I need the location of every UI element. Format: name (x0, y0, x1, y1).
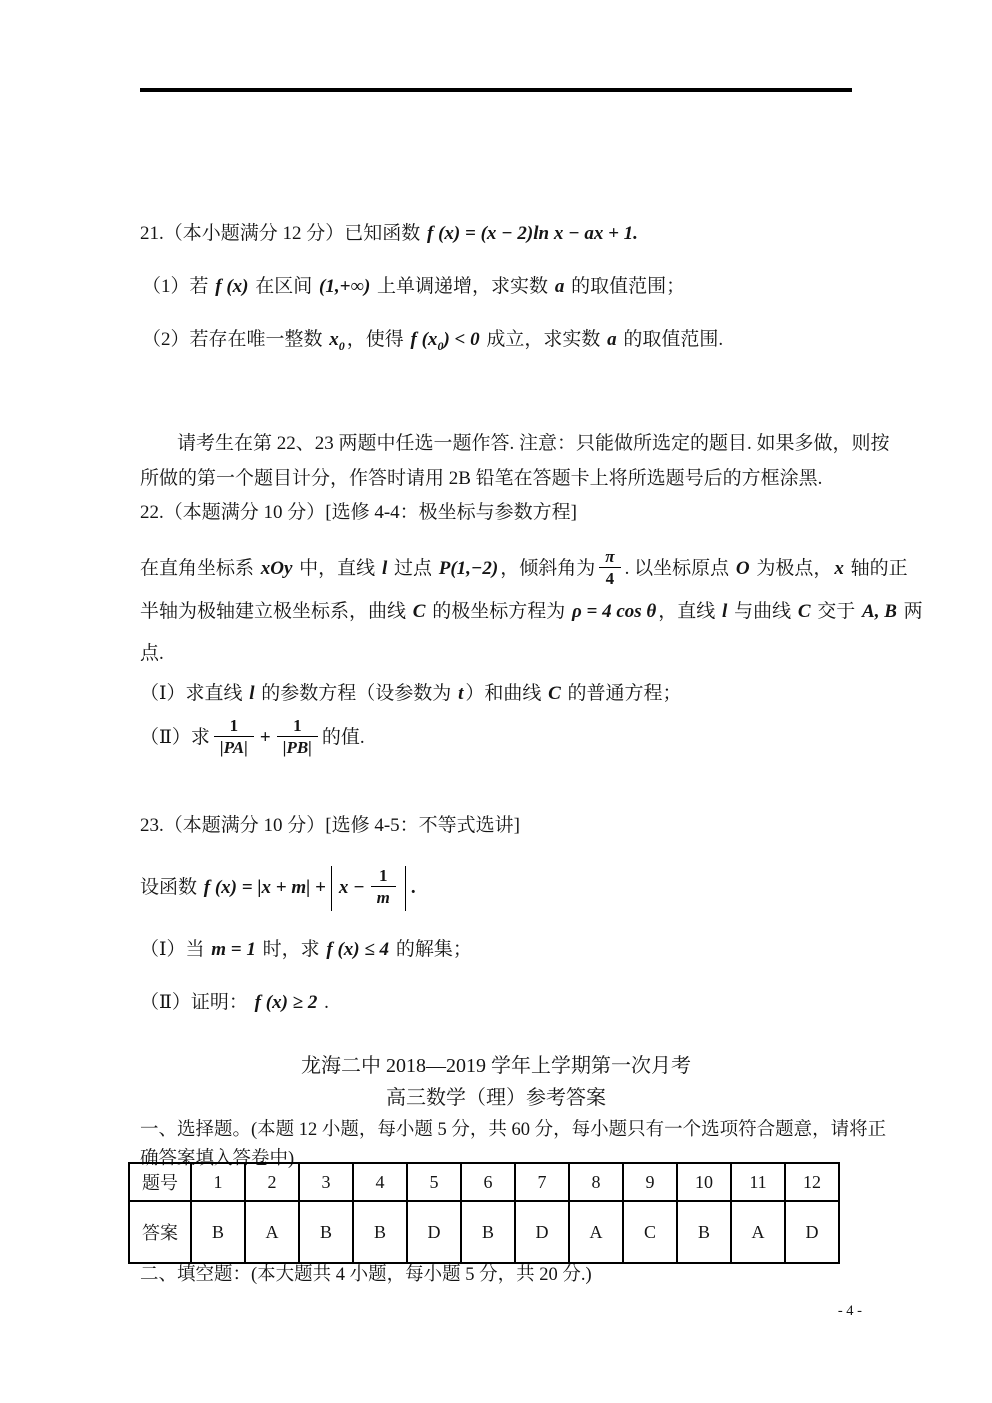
q22-part2-text2: 的值. (322, 727, 365, 748)
question-number: 10 (677, 1163, 731, 1201)
q22-intro-line1: 在直角坐标系 xOy 中，直线 l 过点 P(1,−2)，倾斜角为π4. 以坐标… (140, 549, 908, 590)
q21-part1-interval: (1,+∞) (317, 276, 372, 297)
answer-cell: A (569, 1201, 623, 1263)
exam-page: { "q21": { "head": { "label": "21.（本小题满分… (0, 0, 992, 1403)
question-number: 12 (785, 1163, 839, 1201)
q22-polar-equation: ρ = 4 cos θ (570, 601, 658, 622)
q22-part1-t: t (456, 683, 465, 704)
answer-title: 龙海二中 2018—2019 学年上学期第一次月考 (130, 1053, 862, 1079)
selection-notice-line1: 请考生在第 22、23 两题中任选一题作答. 注意：只能做所选定的题目. 如果多… (177, 431, 890, 457)
q22-part1-c: C (546, 683, 563, 704)
q23-part1-text3: 的解集； (391, 939, 472, 960)
q22-intro2-text2: 的极坐标方程为 (427, 601, 570, 622)
q22-curve-c2: C (796, 601, 813, 622)
question-21-heading: 21.（本小题满分 12 分）已知函数 f (x) = (x − 2)ln x … (140, 221, 640, 247)
question-23-heading: 23.（本题满分 10 分）[选修 4-5：不等式选讲] (140, 813, 520, 839)
table-row-numbers: 题号 1 2 3 4 5 6 7 8 9 10 11 12 (129, 1163, 839, 1201)
question-number: 3 (299, 1163, 353, 1201)
q22-x-axis: x (832, 558, 846, 579)
q21-part1-var-a: a (553, 276, 567, 297)
q21-label: 21.（本小题满分 12 分）已知函数 (140, 223, 425, 244)
q22-part1-l: l (247, 683, 256, 704)
answer-table: 题号 1 2 3 4 5 6 7 8 9 10 11 12 答案 B A B B… (128, 1162, 840, 1264)
q21-part1-text2: 在区间 (251, 276, 318, 297)
q23-abs-inner: x − (337, 877, 367, 898)
q22-line-l: l (380, 558, 389, 579)
q23-part1-m1: m = 1 (209, 939, 258, 960)
q22-intro-text7: 轴的正 (846, 558, 908, 579)
choice-section-heading-line1: 一、选择题。(本题 12 小题，每小题 5 分，共 60 分，每小题只有一个选项… (140, 1117, 886, 1143)
q22-part1: （Ⅰ）求直线 l 的参数方程（设参数为 t）和曲线 C 的普通方程； (140, 681, 682, 707)
question-number: 5 (407, 1163, 461, 1201)
q22-intro-text3: 过点 (389, 558, 437, 579)
q23-part1: （Ⅰ）当 m = 1 时，求 f (x) ≤ 4 的解集； (140, 937, 472, 963)
q22-intro2-text4: 与曲线 (729, 601, 796, 622)
q21-part2-fx0: f (x0) < 0 (409, 329, 482, 350)
q22-part1-text2: 的参数方程（设参数为 (257, 683, 457, 704)
answer-cell: A (731, 1201, 785, 1263)
q22-intro2-text6: 两 (899, 601, 923, 622)
one-over-m-fraction: 1m (371, 866, 396, 907)
q22-point-p: P(1,−2) (437, 558, 501, 579)
answer-cell: A (245, 1201, 299, 1263)
q22-line-l2: l (720, 601, 729, 622)
question-number: 1 (191, 1163, 245, 1201)
q22-intro-line3: 点. (140, 641, 164, 667)
question-number: 7 (515, 1163, 569, 1201)
fill-in-section-heading: 二、填空题：(本大题共 4 小题，每小题 5 分，共 20 分.) (140, 1262, 592, 1288)
q21-part1-text3: 上单调递增，求实数 (372, 276, 553, 297)
header-rule (140, 88, 852, 92)
page-number: - 4 - (838, 1298, 862, 1324)
q21-part2: （2）若存在唯一整数 x0，使得 f (x0) < 0 成立，求实数 a 的取值… (142, 327, 723, 359)
question-number: 9 (623, 1163, 677, 1201)
q23-period: . (409, 877, 418, 898)
q23-part1-inequality: f (x) ≤ 4 (324, 939, 391, 960)
q21-formula: f (x) = (x − 2)ln x − ax + 1. (425, 223, 640, 244)
answer-cell: D (515, 1201, 569, 1263)
q22-intro-text5: . 以坐标原点 (625, 558, 734, 579)
question-number: 4 (353, 1163, 407, 1201)
answer-cell: B (191, 1201, 245, 1263)
q21-part1-fx: f (x) (213, 276, 250, 297)
answer-cell: C (623, 1201, 677, 1263)
one-over-pa-fraction: 1|PA| (214, 716, 254, 757)
table-row-answers: 答案 B A B B D B D A C B A D (129, 1201, 839, 1263)
q21-part2-x0: x0 (327, 329, 347, 350)
q22-part1-text1: （Ⅰ）求直线 (140, 683, 247, 704)
q21-part2-var-a: a (605, 329, 619, 350)
q22-intro2-text1: 半轴为极轴建立极坐标系，曲线 (140, 601, 411, 622)
row-label: 答案 (129, 1201, 191, 1263)
q23-part2-text1: （Ⅱ）证明： (140, 992, 253, 1013)
q23-def-text1: 设函数 (140, 877, 202, 898)
q22-intro-text2: 中，直线 (294, 558, 380, 579)
answer-cell: B (353, 1201, 407, 1263)
q22-intro-text1: 在直角坐标系 (140, 558, 259, 579)
row-label: 题号 (129, 1163, 191, 1201)
answer-subtitle: 高三数学（理）参考答案 (130, 1085, 862, 1111)
question-number: 8 (569, 1163, 623, 1201)
q21-part2-text: （2）若存在唯一整数 (142, 329, 327, 350)
q21-part1: （1）若 f (x) 在区间 (1,+∞) 上单调递增，求实数 a 的取值范围； (142, 274, 685, 300)
q23-function-definition: 设函数 f (x) = |x + m| +x −1m. (140, 866, 418, 911)
q22-part2-text1: （Ⅱ）求 (140, 727, 210, 748)
q22-xoy: xOy (259, 558, 295, 579)
q21-part2-text4: 的取值范围. (619, 329, 724, 350)
q22-intro2-text5: 交于 (813, 601, 861, 622)
q22-part1-text4: 的普通方程； (563, 683, 682, 704)
q22-origin-o: O (734, 558, 752, 579)
q23-part2-inequality: f (x) ≥ 2 (253, 992, 320, 1013)
question-number: 11 (731, 1163, 785, 1201)
answer-cell: D (407, 1201, 461, 1263)
q22-intro-text6: 为极点， (752, 558, 833, 579)
plus-sign: + (258, 727, 273, 748)
one-over-pb-fraction: 1|PB| (277, 716, 318, 757)
q23-part2-text2: . (319, 992, 329, 1013)
q23-part1-text1: （Ⅰ）当 (140, 939, 209, 960)
q21-part1-text: （1）若 (142, 276, 213, 297)
answer-cell: B (461, 1201, 515, 1263)
answer-cell: D (785, 1201, 839, 1263)
q22-points-ab: A, B (860, 601, 899, 622)
q23-part1-text2: 时，求 (258, 939, 325, 960)
answer-cell: B (677, 1201, 731, 1263)
q23-formula-left: f (x) = |x + m| + (202, 877, 328, 898)
pi-over-4-fraction: π4 (599, 547, 620, 588)
selection-notice-line2: 所做的第一个题目计分，作答时请用 2B 铅笔在答题卡上将所选题号后的方框涂黑. (140, 466, 822, 492)
q21-part2-text3: 成立，求实数 (482, 329, 606, 350)
q22-intro-line2: 半轴为极轴建立极坐标系，曲线 C 的极坐标方程为 ρ = 4 cos θ，直线 … (140, 599, 923, 625)
q22-intro-text4: ，倾斜角为 (500, 558, 595, 579)
q21-part2-text2: ，使得 (347, 329, 409, 350)
abs-expression: x −1m (331, 866, 406, 911)
q21-part1-text4: 的取值范围； (566, 276, 685, 297)
question-number: 2 (245, 1163, 299, 1201)
q22-part1-text3: ）和曲线 (465, 683, 546, 704)
q22-intro2-text3: ，直线 (658, 601, 720, 622)
answer-cell: B (299, 1201, 353, 1263)
question-number: 6 (461, 1163, 515, 1201)
question-22-heading: 22.（本题满分 10 分）[选修 4-4：极坐标与参数方程] (140, 500, 577, 526)
q23-part2: （Ⅱ）证明： f (x) ≥ 2 . (140, 990, 329, 1016)
q22-part2: （Ⅱ）求1|PA|+1|PB|的值. (140, 718, 365, 759)
q22-curve-c: C (411, 601, 428, 622)
